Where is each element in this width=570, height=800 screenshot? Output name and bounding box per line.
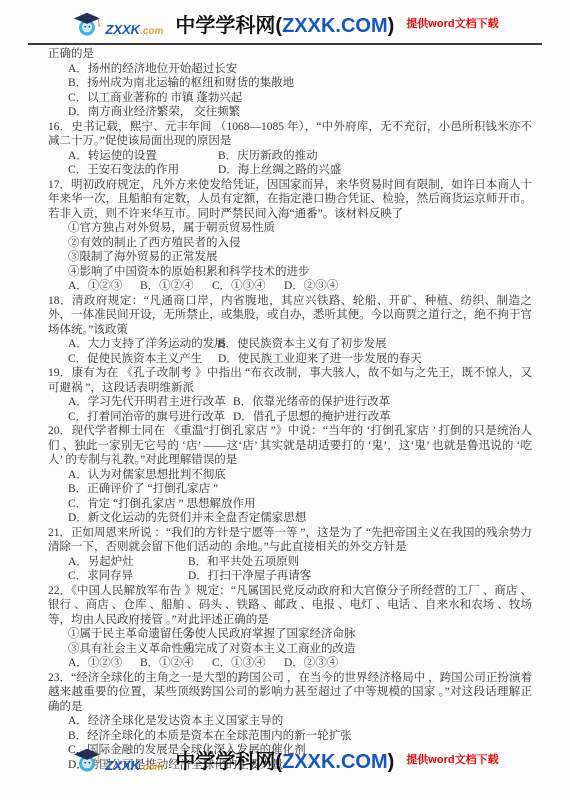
option: D．新文化运动的先贤们并未全盘否定儒家思想 <box>68 511 306 526</box>
subitem-row: ①属于民主革命遗留任务②使人民政府掌握了国家经济命脉 <box>48 627 532 642</box>
subitem: ②有效的制止了西方殖民者的入侵 <box>68 236 241 251</box>
option: C．王安石变法的作用 <box>68 163 218 178</box>
option-row: C．打着同治帝的旗号进行改革D．借孔子思想的掩护进行改革 <box>48 410 532 425</box>
site-title-suffix: ) <box>388 15 395 37</box>
option: D．使民族工业迎来了进一步发展的春天 <box>218 352 422 367</box>
option: C．①③④ <box>212 279 284 294</box>
question-block: 22．《中国人民解放军布告 》规定：“凡属国民党反动政府和大官僚分子所经营的工厂… <box>48 584 532 671</box>
question-stem: 19．康有为在 《孔子改制考 》中指出 “布衣改制，事大骇人，故不如与之先王，既… <box>48 366 532 395</box>
option: C．打着同治帝的旗号进行改革 <box>68 410 233 425</box>
option: A．①②③ <box>68 279 140 294</box>
question-stem: 20．现代学者柳士同在 《重温“打倒孔家店 ”》中说：“当年的 ‘打倒孔家店 ’… <box>48 424 532 468</box>
option: C．求同存异 <box>68 569 188 584</box>
subitem: ④完成了对资本主义工商业的改造 <box>183 642 356 657</box>
zxxk-wordmark-suffix: .com <box>140 26 163 37</box>
option: A．扬州的经济地位开始超过长安 <box>68 62 237 77</box>
site-title-prefix: 中学学科网( <box>175 751 282 773</box>
site-title: 中学学科网(ZXXK.COM) <box>175 9 394 38</box>
zxxk-wordmark-text: ZXXK <box>105 22 140 37</box>
zxxk-wordmark: ZXXK.com <box>105 758 163 773</box>
option: C．肯定 “打倒孔家店 ” 思想解放作用 <box>68 497 256 512</box>
subitem-row: ④影响了中国资本的原始积累和科学技术的进步 <box>48 265 532 280</box>
option-row: A．①②③B．①②④C．①③④D．②③④ <box>48 656 532 671</box>
download-tagline: 提供word文档下载 <box>406 15 498 31</box>
option-row: D．新文化运动的先贤们并未全盘否定儒家思想 <box>48 511 532 526</box>
site-title-domain: ZXXK.COM <box>282 15 388 37</box>
option: A．大力支持了洋务运动的发展 <box>68 337 218 352</box>
option: A．经济全球化是发达资本主义国家主导的 <box>68 714 283 729</box>
site-title-prefix: 中学学科网( <box>175 15 282 37</box>
option-row: C．肯定 “打倒孔家店 ” 思想解放作用 <box>48 497 532 512</box>
option: B．庆历新政的推动 <box>218 149 318 164</box>
option-row: A．大力支持了洋务运动的发展B．使民族资本主义有了初步发展 <box>48 337 532 352</box>
zxxk-mascot-icon <box>71 9 103 37</box>
zxxk-wordmark-text: ZXXK <box>105 758 140 773</box>
option: B．扬州成为南北运输的枢纽和财货的集散地 <box>68 76 294 91</box>
option: D．打扫干净屋子再请客 <box>188 569 311 584</box>
question-stem: 17．明初政府规定，凡外方来使发给凭证，因国家而异，来华贸易时间有限制，如许日本… <box>48 178 532 222</box>
questions-area: 正确的是A．扬州的经济地位开始超过长安B．扬州成为南北运输的枢纽和财货的集散地C… <box>48 47 532 772</box>
subitem-row: ②有效的制止了西方殖民者的入侵 <box>48 236 532 251</box>
question-stem: 22．《中国人民解放军布告 》规定：“凡属国民党反动政府和大官僚分子所经营的工厂… <box>48 584 532 628</box>
zxxk-wordmark: ZXXK.com <box>105 22 163 37</box>
option: B．依靠光绪帝的保护进行改革 <box>233 395 390 410</box>
option-row: C．促使民族资本主义产生D．使民族工业迎来了进一步发展的春天 <box>48 352 532 367</box>
question-block: 19．康有为在 《孔子改制考 》中指出 “布衣改制，事大骇人，故不如与之先王，既… <box>48 366 532 424</box>
zxxk-mascot-icon <box>71 745 103 773</box>
zxxk-logo: ZXXK.com <box>71 9 163 37</box>
site-title-suffix: ) <box>388 751 395 773</box>
option-row: A．经济全球化是发达资本主义国家主导的 <box>48 714 532 729</box>
subitem: ④影响了中国资本的原始积累和科学技术的进步 <box>68 265 310 280</box>
option: A．另起炉灶 <box>68 555 188 570</box>
option: B．正确评价了 “打倒孔家店 ” <box>68 482 218 497</box>
option: D．②③④ <box>284 279 338 294</box>
subitem: ①属于民主革命遗留任务 <box>68 627 183 642</box>
option-row: A．①②③B．①②④C．①③④D．②③④ <box>48 279 532 294</box>
question-stem: 18．清政府规定：“凡通商口岸，内省腹地，其应兴铁路、轮船、开矿、种植、纺织、制… <box>48 294 532 338</box>
question-stem: 正确的是 <box>48 47 532 62</box>
option: B．和平共处五项原则 <box>188 555 299 570</box>
question-stem: 16．史书记载，熙宁、元丰年间 （1068—1085 年），“中外府库，无不充衍… <box>48 120 532 149</box>
subitem-row: ③具有社会主义革命性质④完成了对资本主义工商业的改造 <box>48 642 532 657</box>
page-footer: ZXXK.com 中学学科网(ZXXK.COM) 提供word文档下载 <box>0 740 570 778</box>
option-row: A．学习先代开明君主进行改革B．依靠光绪帝的保护进行改革 <box>48 395 532 410</box>
question-block: 正确的是A．扬州的经济地位开始超过长安B．扬州成为南北运输的枢纽和财货的集散地C… <box>48 47 532 120</box>
zxxk-logo: ZXXK.com <box>71 745 163 773</box>
site-title-domain: ZXXK.COM <box>282 751 388 773</box>
option: D．海上丝绸之路的兴盛 <box>218 163 341 178</box>
option: A．转运使的设置 <box>68 149 218 164</box>
option: A．①②③ <box>68 656 140 671</box>
zxxk-wordmark-suffix: .com <box>140 762 163 773</box>
option: A．学习先代开明君主进行改革 <box>68 395 233 410</box>
option-row: A．另起炉灶B．和平共处五项原则 <box>48 555 532 570</box>
subitem: ③限制了海外贸易的正常发展 <box>68 250 218 265</box>
option: C．以工商业著称的 市镇 蓬勃兴起 <box>68 91 242 106</box>
option-row: A．认为对儒家思想批判不彻底 <box>48 468 532 483</box>
question-stem: 23．“经济全球化的主角之一是大型的跨国公司 ，在当今的世界经济格局中 ，跨国公… <box>48 671 532 715</box>
subitem-row: ①官方独占对外贸易，属于朝贡贸易性质 <box>48 221 532 236</box>
subitem: ③具有社会主义革命性质 <box>68 642 183 657</box>
option: A．认为对儒家思想批判不彻底 <box>68 468 226 483</box>
question-stem: 21．正如周恩来所说 ：“我们的方针是宁愿等一等 ”，这是为了 “先把帝国主义在… <box>48 526 532 555</box>
option-row: B．正确评价了 “打倒孔家店 ” <box>48 482 532 497</box>
question-block: 16．史书记载，熙宁、元丰年间 （1068—1085 年），“中外府库，无不充衍… <box>48 120 532 178</box>
option-row: B．扬州成为南北运输的枢纽和财货的集散地 <box>48 76 532 91</box>
download-tagline: 提供word文档下载 <box>406 751 498 767</box>
subitem-row: ③限制了海外贸易的正常发展 <box>48 250 532 265</box>
question-block: 21．正如周恩来所说 ：“我们的方针是宁愿等一等 ”，这是为了 “先把帝国主义在… <box>48 526 532 584</box>
page-header: ZXXK.com 中学学科网(ZXXK.COM) 提供word文档下载 <box>0 4 570 42</box>
option: B．使民族资本主义有了初步发展 <box>218 337 387 352</box>
option-row: C．王安石变法的作用D．海上丝绸之路的兴盛 <box>48 163 532 178</box>
option: B．①②④ <box>140 279 212 294</box>
option: B．①②④ <box>140 656 212 671</box>
option-row: C．以工商业著称的 市镇 蓬勃兴起 <box>48 91 532 106</box>
option: D．②③④ <box>284 656 338 671</box>
option-row: A．扬州的经济地位开始超过长安 <box>48 62 532 77</box>
option: C．①③④ <box>212 656 284 671</box>
question-block: 18．清政府规定：“凡通商口岸，内省腹地，其应兴铁路、轮船、开矿、种植、纺织、制… <box>48 294 532 367</box>
site-title: 中学学科网(ZXXK.COM) <box>175 745 394 774</box>
option: D．借孔子思想的掩护进行改革 <box>233 410 391 425</box>
subitem: ②使人民政府掌握了国家经济命脉 <box>183 627 356 642</box>
option-row: D．南方商业经济繁荣， 交往频繁 <box>48 105 532 120</box>
option-row: C．求同存异D．打扫干净屋子再请客 <box>48 569 532 584</box>
header-divider <box>28 43 542 45</box>
option: C．促使民族资本主义产生 <box>68 352 218 367</box>
question-block: 17．明初政府规定，凡外方来使发给凭证，因国家而异，来华贸易时间有限制，如许日本… <box>48 178 532 294</box>
option-row: A．转运使的设置B．庆历新政的推动 <box>48 149 532 164</box>
exam-page: ZXXK.com 中学学科网(ZXXK.COM) 提供word文档下载 正确的是… <box>0 0 570 800</box>
option: D．南方商业经济繁荣， 交往频繁 <box>68 105 240 120</box>
question-block: 20．现代学者柳士同在 《重温“打倒孔家店 ”》中说：“当年的 ‘打倒孔家店 ’… <box>48 424 532 526</box>
subitem: ①官方独占对外贸易，属于朝贡贸易性质 <box>68 221 275 236</box>
